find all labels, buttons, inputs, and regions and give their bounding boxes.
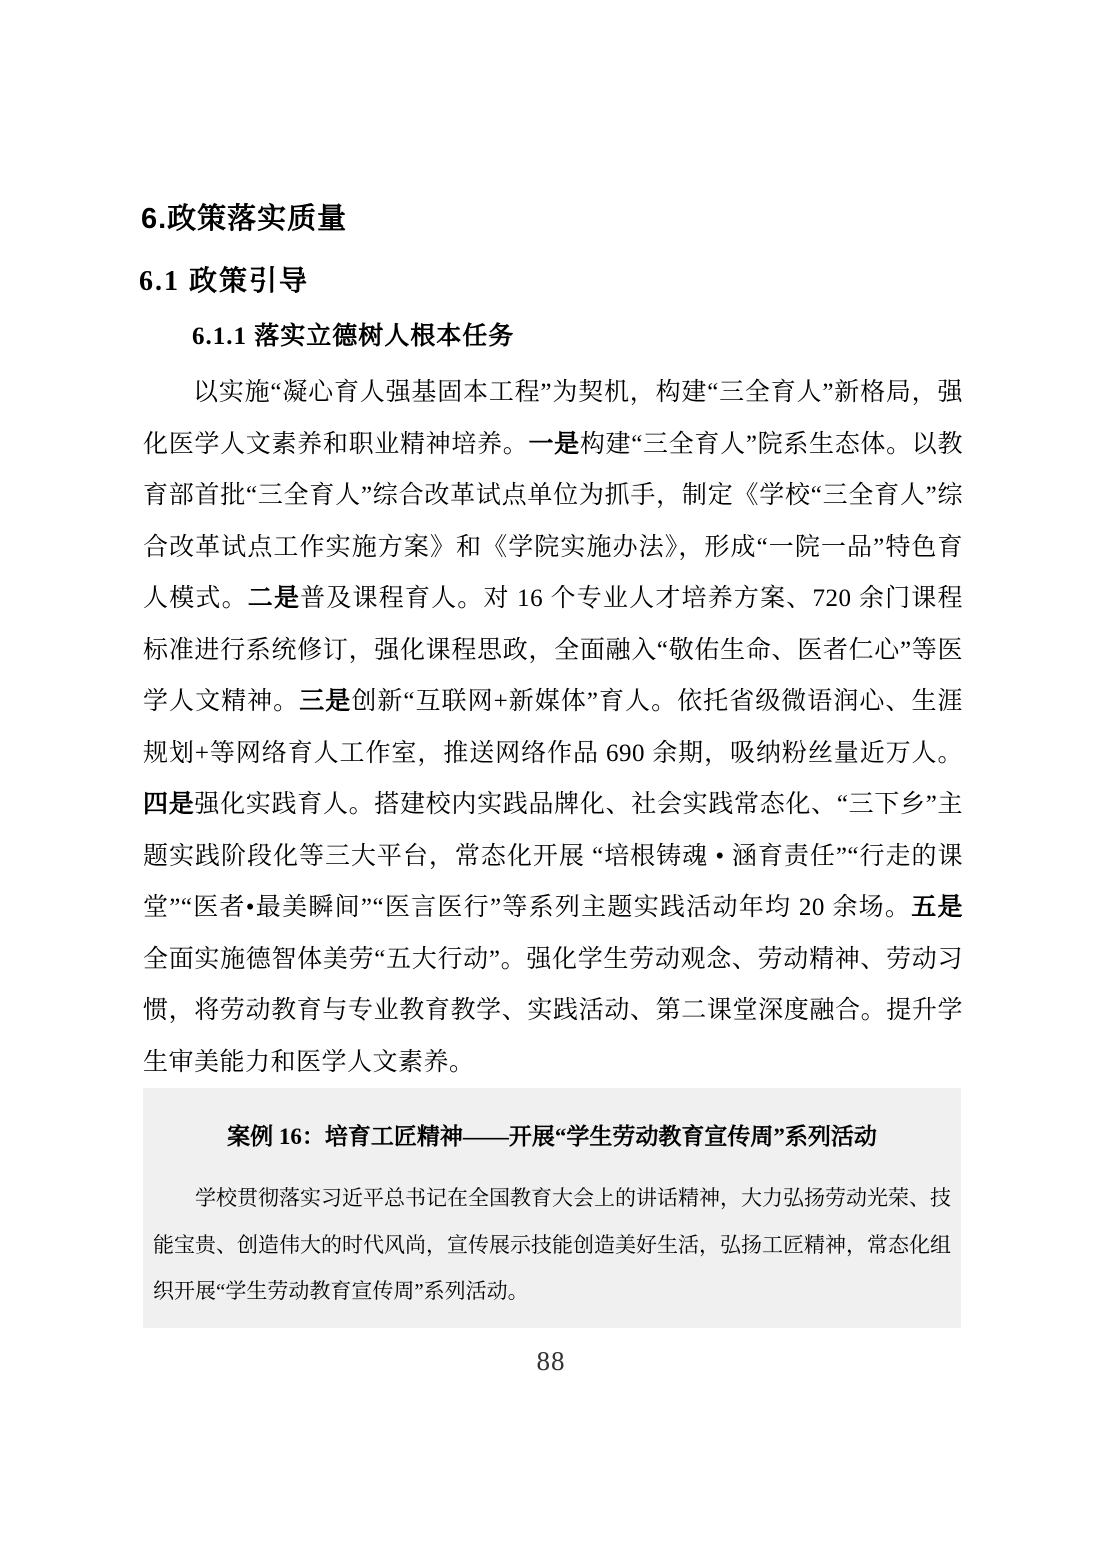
- emphasis-text: 五是: [911, 894, 963, 921]
- emphasis-text: 一是: [528, 431, 579, 458]
- page-number: 88: [0, 1346, 1102, 1377]
- emphasis-text: 三是: [299, 688, 351, 715]
- body-paragraph: 以实施“凝心育人强基固本工程”为契机，构建“三全育人”新格局，强化医学人文素养和…: [143, 367, 963, 1088]
- document-page: 6.政策落实质量 6.1 政策引导 6.1.1 落实立德树人根本任务 以实施“凝…: [0, 0, 1102, 1559]
- run-text: 全面实施德智体美劳“五大行动”。强化学生劳动观念、劳动精神、劳动习惯，将劳动教育…: [143, 946, 963, 1076]
- case-study-box: 案例 16：培育工匠精神——开展“学生劳动教育宣传周”系列活动 学校贯彻落实习近…: [143, 1088, 961, 1328]
- case-title: 案例 16：培育工匠精神——开展“学生劳动教育宣传周”系列活动: [159, 1122, 945, 1152]
- subsection-heading: 6.1 政策引导: [139, 259, 309, 299]
- case-body-paragraph: 学校贯彻落实习近平总书记在全国教育大会上的讲话精神，大力弘扬劳动光荣、技能宝贵、…: [153, 1175, 951, 1315]
- emphasis-text: 四是: [143, 791, 194, 818]
- run-text: 强化实践育人。搭建校内实践品牌化、社会实践常态化、“三下乡”主题实践阶段化等三大…: [143, 791, 963, 921]
- section-heading: 6.政策落实质量: [141, 196, 347, 237]
- emphasis-text: 二是: [248, 585, 300, 612]
- subsubsection-heading: 6.1.1 落实立德树人根本任务: [192, 316, 514, 352]
